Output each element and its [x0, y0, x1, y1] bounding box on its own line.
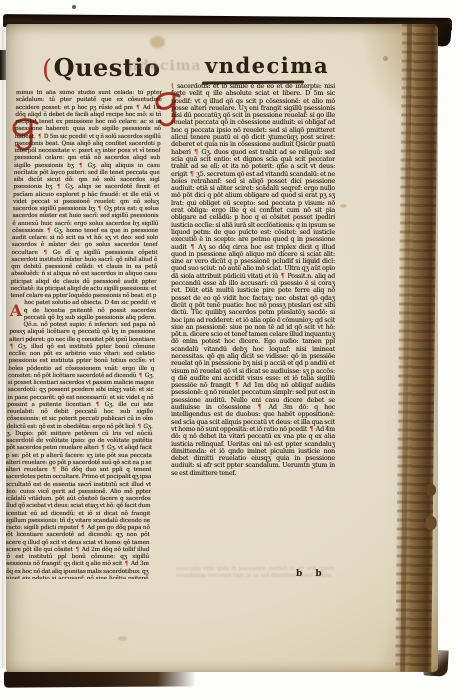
pilcrow-mark: ¶: [124, 561, 130, 567]
pilcrow-mark: ¶: [193, 149, 199, 156]
pilcrow-mark: ¶: [80, 525, 86, 531]
body-text: Ad 4m dō: q nō debet ita vitari peccatū …: [171, 426, 335, 477]
book-cover-bottom-edge: [4, 670, 196, 687]
text-column-right: ( sacerdotis: et iō simile ē de eo et de…: [171, 83, 335, 567]
smudge: [118, 636, 127, 641]
ink-stain: [383, 56, 388, 61]
pilcrow-mark: ¶: [95, 402, 101, 408]
pilcrow-mark: ¶: [9, 344, 15, 350]
book-page: (Questio ndecima vndecima minus tñ alia …: [6, 24, 438, 672]
body-text: minus tñ alia sūmo studio sunt celāda: t…: [15, 90, 162, 111]
pilcrow-mark: ¶: [136, 424, 142, 430]
pilcrow-mark: ¶: [280, 273, 286, 280]
fore-edge-grain: [400, 24, 412, 672]
body-text: Gʒ. illud qō est institutū ppter bonū cō…: [8, 344, 155, 379]
dust-speck: [72, 5, 76, 9]
body-text: Bō dōq duo snt ppli q tenent sacerdotes …: [6, 467, 151, 531]
ink-stain: [340, 204, 347, 208]
fore-edge-notch: [426, 516, 437, 530]
body-text: D 5m sic pcedif: vt q illud qō qs scit p…: [171, 90, 335, 155]
body-text: Possit.n. aliq ad peccandū esse ab illo …: [171, 273, 335, 389]
lombard-initial: A: [10, 301, 23, 322]
pilcrow-mark: ¶: [100, 445, 106, 451]
fore-edge: [395, 24, 438, 672]
ink-stain: [150, 36, 165, 48]
show-through-ghost-text: ndecima: [128, 58, 202, 74]
pilcrow-mark: ¶: [257, 404, 263, 411]
pilcrow-mark: ¶: [78, 163, 84, 169]
pilcrow-mark: ¶: [46, 228, 52, 234]
pilcrow-mark: ¶: [234, 382, 240, 389]
pilcrow-mark: ¶: [51, 467, 57, 473]
body-text: Go dī q sigillū psessionis cōpetit sacer…: [10, 250, 157, 307]
pilcrow-mark: ¶: [135, 105, 141, 111]
pilcrow-mark: ¶: [37, 134, 43, 140]
running-title-right: vndecima: [205, 53, 329, 78]
photo-background: (Questio ndecima vndecima minus tñ alia …: [0, 0, 457, 700]
pilcrow-mark: ¶: [189, 244, 195, 251]
pilcrow-mark: ¶: [74, 547, 80, 553]
pilcrow-mark: ¶: [56, 184, 62, 190]
pilcrow-mark: ¶: [189, 171, 195, 178]
quire-signature: b b: [296, 569, 327, 579]
pilcrow-mark: ¶: [97, 206, 103, 212]
pilcrow-mark: ¶: [42, 250, 48, 256]
rubric-paren-mark: (: [42, 55, 53, 85]
body-text: ʒ5. secretum qō est ad vitandū scandalū:…: [171, 171, 335, 251]
pilcrow-mark: ¶: [138, 373, 144, 379]
fore-edge-notch: [426, 484, 436, 496]
pilcrow-mark: ¶: [308, 426, 314, 433]
text-column-left: minus tñ alia sūmo studio sunt celāda: t…: [6, 90, 162, 579]
body-text: D 4m sic pcedif: vt q de licentia psiten…: [9, 300, 156, 342]
